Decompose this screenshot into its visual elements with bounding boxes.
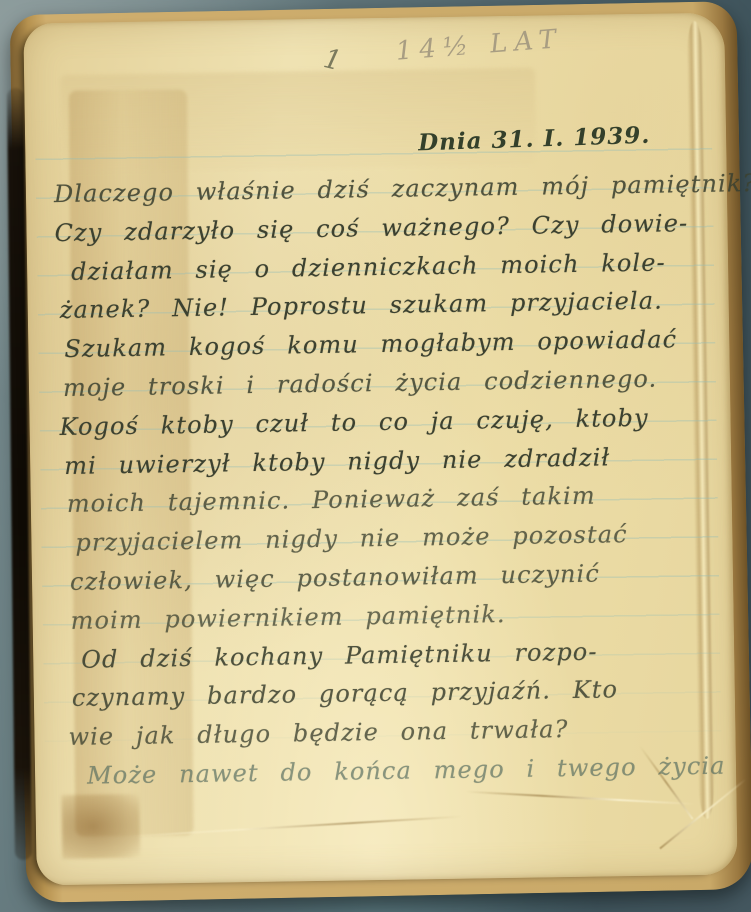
entry-date: Dnia 31. I. 1939. [418,122,651,157]
page-content: 14½ LAT 1 Dnia 31. I. 1939. Dlaczego wła… [23,13,737,886]
stray-ink-mark: 1 [321,43,345,77]
scanned-diary-photo: 14½ LAT 1 Dnia 31. I. 1939. Dlaczego wła… [0,0,751,912]
handwritten-text: Dlaczego właśnie dziś zaczynam mój pamię… [54,165,713,796]
pencil-age-note: 14½ LAT [395,24,564,67]
diary-page: 14½ LAT 1 Dnia 31. I. 1939. Dlaczego wła… [23,13,737,886]
